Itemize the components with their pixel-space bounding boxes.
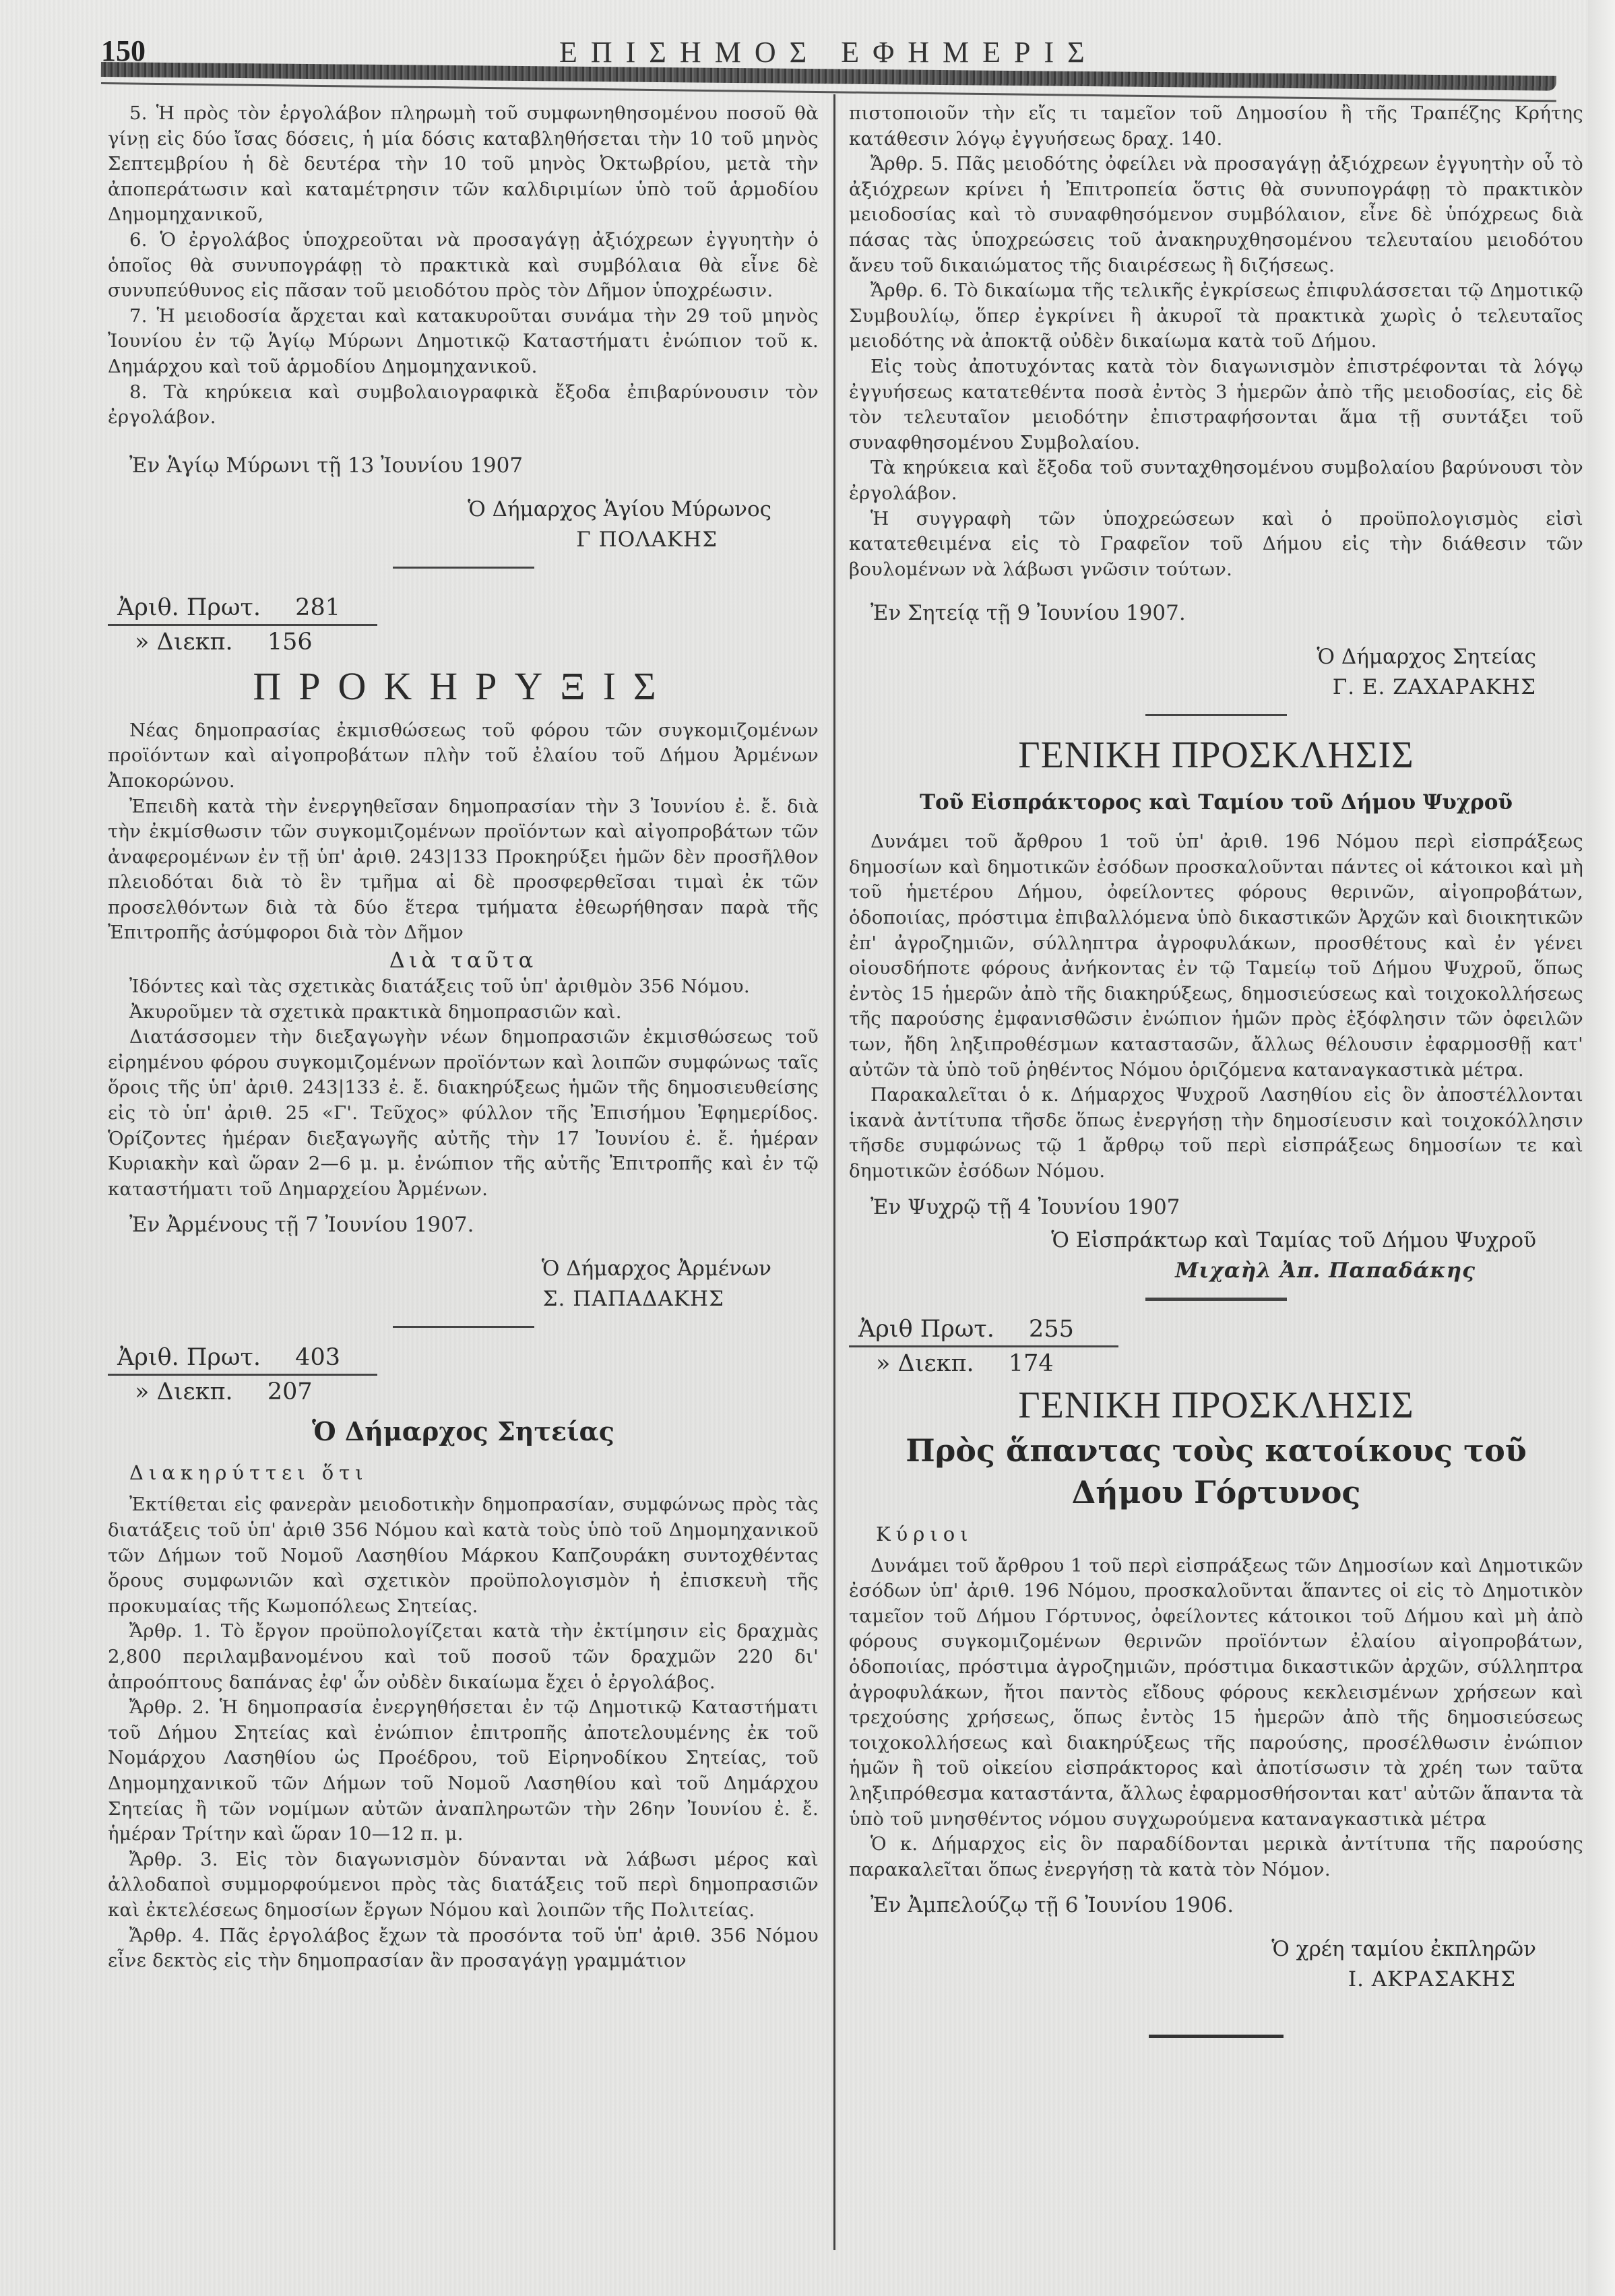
article-paragraph: Ἡ συγγραφὴ τῶν ὑποχρεώσεων καὶ ὁ προϋπολ… — [849, 507, 1583, 583]
protocol-number: 281 — [295, 592, 340, 624]
article-paragraph: 7. Ἡ μειοδοσία ἄρχεται καὶ κατακυροῦται … — [108, 304, 819, 380]
article-paragraph: Ἄρθρ. 3. Εἰς τὸν διαγωνισμὸν δύνανται νὰ… — [108, 1847, 819, 1923]
notice-subheading-line1: Πρὸς ἅπαντας τοὺς κατοίκους τοῦ — [849, 1430, 1583, 1471]
page-edge — [1588, 0, 1615, 2296]
signatory-title: Ὁ Δήμαρχος Σητείας — [849, 641, 1583, 672]
separator-line — [1145, 1298, 1287, 1301]
article-paragraph: Ἐπειδὴ κατὰ τὴν ἐνεργηθεῖσαν δημοπρασίαν… — [108, 794, 819, 947]
dateline: Ἐν Σητείᾳ τῇ 9 Ἰουνίου 1907. — [849, 598, 1583, 628]
left-column: 5. Ἡ πρὸς τὸν ἐργολάβον πληρωμὴ τοῦ συμφ… — [108, 101, 819, 1974]
protocol-reference: Ἀριθ. Πρωτ. 281 » Διεκπ. 156 — [108, 592, 377, 658]
article-paragraph: Ἄρθρ. 1. Τὸ ἔργον προϋπολογίζεται κατὰ τ… — [108, 1619, 819, 1695]
article-paragraph: Ἄρθρ. 5. Πᾶς μειοδότης ὀφείλει νὰ προσαγ… — [849, 152, 1583, 278]
article-paragraph: Ἐκτίθεται εἰς φανερὰν μειοδοτικὴν δημοπρ… — [108, 1492, 819, 1619]
notice-heading: Ὁ Δήμαρχος Σητείας — [108, 1416, 819, 1446]
dateline: Ἐν Ἀρμένους τῇ 7 Ἰουνίου 1907. — [108, 1210, 819, 1240]
notice-subheading: Διὰ ταῦτα — [108, 947, 819, 973]
article-paragraph: Δυνάμει τοῦ ἄρθρου 1 τοῦ περὶ εἰσπράξεως… — [849, 1554, 1583, 1832]
dispatch-label: » Διεκπ. — [876, 1350, 974, 1377]
dispatch-number: 207 — [267, 1376, 313, 1408]
article-paragraph: Εἰς τοὺς ἀποτυχόντας κατὰ τὸν διαγωνισμὸ… — [849, 354, 1583, 455]
protocol-label: Ἀριθ. Πρωτ. — [117, 594, 261, 621]
article-paragraph: 5. Ἡ πρὸς τὸν ἐργολάβον πληρωμὴ τοῦ συμφ… — [108, 101, 819, 228]
notice-psychro-general-invitation: ΓΕΝΙΚΗ ΠΡΟΣΚΛΗΣΙΣ Τοῦ Εἰσπράκτορος καὶ Τ… — [849, 734, 1583, 1300]
article-paragraph: Νέας δημοπρασίας ἐκμισθώσεως τοῦ φόρου τ… — [108, 718, 819, 794]
signatory-title: Ὁ Δήμαρχος Ἀρμένων — [108, 1253, 819, 1284]
protocol-number: 255 — [1029, 1313, 1074, 1345]
article-paragraph: 6. Ὁ ἐργολάβος ὑποχρεοῦται νὰ προσαγάγῃ … — [108, 228, 819, 304]
right-column: πιστοποιοῦν τὴν εἴς τι ταμεῖον τοῦ Δημοσ… — [849, 101, 1583, 2038]
article-paragraph: Ὁ κ. Δήμαρχος εἰς ὃν παραδίδονται μερικὰ… — [849, 1832, 1583, 1882]
separator-line — [393, 1326, 534, 1328]
signatory-title: Ὁ Εἰσπράκτωρ καὶ Ταμίας τοῦ Δήμου Ψυχροῦ — [849, 1225, 1583, 1256]
protocol-reference: Ἀριθ. Πρωτ. 403 » Διεκπ. 207 — [108, 1341, 377, 1408]
protocol-number: 403 — [295, 1341, 340, 1374]
notice-subheading: Τοῦ Εἰσπράκτορος καὶ Ταμίου τοῦ Δήμου Ψυ… — [849, 790, 1583, 815]
protocol-label: Ἀριθ. Πρωτ. — [117, 1344, 261, 1371]
notice-heading: ΓΕΝΙΚΗ ΠΡΟΣΚΛΗΣΙΣ — [849, 1384, 1583, 1427]
dispatch-number: 174 — [1009, 1347, 1054, 1380]
notice-agios-myron: 5. Ἡ πρὸς τὸν ἐργολάβον πληρωμὴ τοῦ συμφ… — [108, 101, 819, 569]
notice-lead: Διακηρύττει ὅτι — [108, 1461, 819, 1484]
dispatch-label: » Διεκπ. — [135, 629, 233, 656]
salutation: Κύριοι — [849, 1523, 1583, 1545]
protocol-reference: Ἀριθ Πρωτ. 255 » Διεκπ. 174 — [849, 1313, 1118, 1380]
article-paragraph: Διατάσσομεν τὴν διεξαγωγὴν νέων δημοπρασ… — [108, 1025, 819, 1202]
gazette-page: 150 ΕΠΙΣΗΜΟΣ ΕΦΗΜΕΡΙΣ 5. Ἡ πρὸς τὸν ἐργο… — [0, 0, 1615, 2296]
article-paragraph: Ἄρθρ. 6. Τὸ δικαίωμα τῆς τελικῆς ἐγκρίσε… — [849, 278, 1583, 354]
notice-heading: ΓΕΝΙΚΗ ΠΡΟΣΚΛΗΣΙΣ — [849, 734, 1583, 777]
article-paragraph: Ἄρθρ. 2. Ἡ δημοπρασία ἐνεργηθήσεται ἐν τ… — [108, 1695, 819, 1847]
dateline: Ἐν Ἁγίῳ Μύρωνι τῇ 13 Ἰουνίου 1907 — [108, 451, 819, 480]
signatory-name: Ι. ΑΚΡΑΣΑΚΗΣ — [849, 1965, 1583, 1994]
signatory-name: Γ. Ε. ΖΑΧΑΡΑΚΗΣ — [849, 672, 1583, 702]
article-paragraph: Παρακαλεῖται ὁ κ. Δήμαρχος Ψυχροῦ Λασηθί… — [849, 1083, 1583, 1184]
article-paragraph: Τὰ κηρύκεια καὶ ἔξοδα τοῦ συνταχθησομένο… — [849, 455, 1583, 506]
article-paragraph: 8. Τὰ κηρύκεια καὶ συμβολαιογραφικὰ ἔξοδ… — [108, 380, 819, 430]
signatory-name: Σ. ΠΑΠΑΔΑΚΗΣ — [108, 1284, 819, 1314]
article-paragraph: Ἰδόντες καὶ τὰς σχετικὰς διατάξεις τοῦ ὑ… — [108, 974, 819, 1000]
signatory-name: Μιχαὴλ Ἀπ. Παπαδάκης — [849, 1256, 1583, 1285]
signatory-name: Γ ΠΟΛΑΚΗΣ — [108, 525, 819, 554]
notice-siteia-continued: πιστοποιοῦν τὴν εἴς τι ταμεῖον τοῦ Δημοσ… — [849, 101, 1583, 716]
separator-line — [1145, 714, 1287, 716]
dateline: Ἐν Ἀμπελούζῳ τῇ 6 Ἰουνίου 1906. — [849, 1890, 1583, 1920]
notice-siteia-tender: Ἀριθ. Πρωτ. 403 » Διεκπ. 207 Ὁ Δήμαρχος … — [108, 1341, 819, 1973]
article-paragraph: Ἀκυροῦμεν τὰ σχετικὰ πρακτικὰ δημοπρασιῶ… — [108, 1000, 819, 1025]
separator-line — [393, 567, 534, 569]
signatory-title: Ὁ χρέη ταμίου ἐκπληρῶν — [849, 1934, 1583, 1965]
dispatch-label: » Διεκπ. — [135, 1378, 233, 1405]
column-divider — [833, 94, 835, 2250]
protocol-label: Ἀριθ Πρωτ. — [858, 1316, 994, 1343]
notice-subheading-line2: Δήμου Γόρτυνος — [849, 1471, 1583, 1513]
article-paragraph: Ἄρθρ. 4. Πᾶς ἐργολάβος ἔχων τὰ προσόντα … — [108, 1923, 819, 1974]
notice-armenon-proclamation: Ἀριθ. Πρωτ. 281 » Διεκπ. 156 ΠΡΟΚΗΡΥΞΙΣ … — [108, 592, 819, 1329]
article-paragraph: πιστοποιοῦν τὴν εἴς τι ταμεῖον τοῦ Δημοσ… — [849, 101, 1583, 152]
dateline: Ἐν Ψυχρῷ τῇ 4 Ἰουνίου 1907 — [849, 1192, 1583, 1222]
notice-heading: ΠΡΟΚΗΡΥΞΙΣ — [108, 664, 819, 709]
signatory-title: Ὁ Δήμαρχος Ἁγίου Μύρωνος — [108, 494, 819, 525]
article-paragraph: Δυνάμει τοῦ ἄρθρου 1 τοῦ ὑπ' ἀριθ. 196 Ν… — [849, 829, 1583, 1083]
end-rule — [1149, 2035, 1284, 2038]
notice-gortyn-general-invitation: Ἀριθ Πρωτ. 255 » Διεκπ. 174 ΓΕΝΙΚΗ ΠΡΟΣΚ… — [849, 1313, 1583, 2039]
masthead-title: ΕΠΙΣΗΜΟΣ ΕΦΗΜΕΡΙΣ — [559, 35, 1098, 69]
dispatch-number: 156 — [267, 626, 313, 658]
